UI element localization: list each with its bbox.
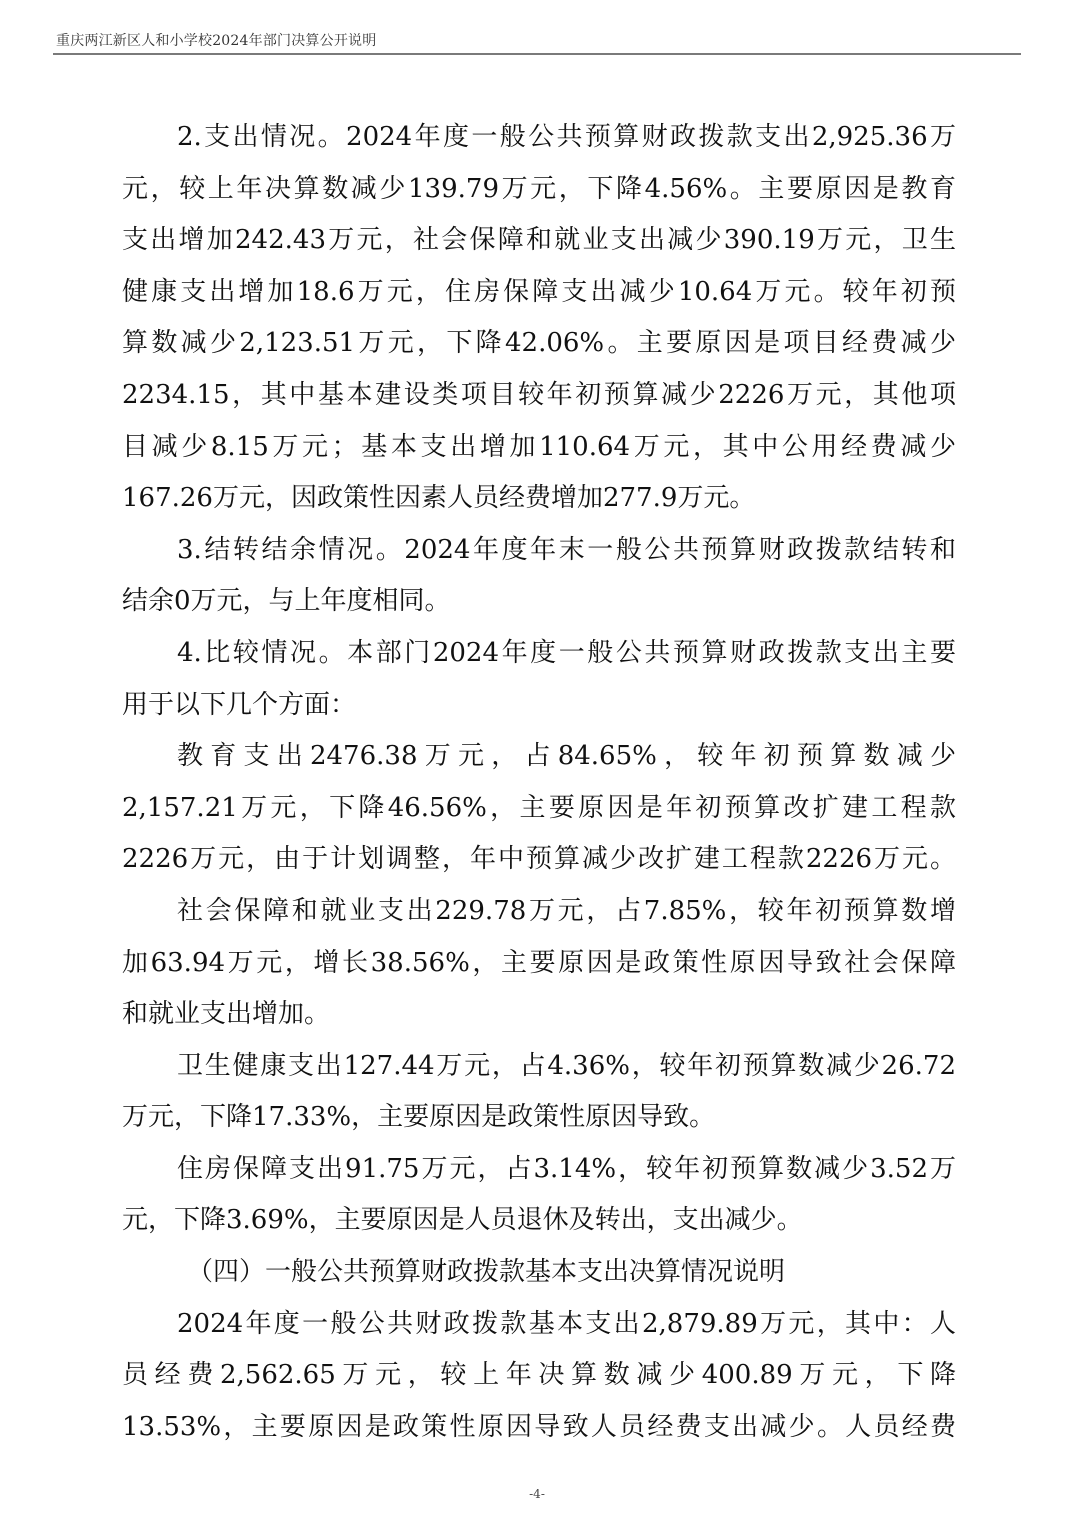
text-line: 教育支出2476.38万元，占84.65%，较年初预算数减少	[122, 735, 956, 787]
text-line: 支出增加242.43万元，社会保障和就业支出减少390.19万元，卫生	[122, 219, 956, 271]
running-header: 重庆两江新区人和小学校2024年部门决算公开说明	[56, 30, 376, 50]
body-text: 2.支出情况。2024年度一般公共预算财政拨款支出2,925.36万 元，较上年…	[122, 116, 956, 1457]
document-page: 重庆两江新区人和小学校2024年部门决算公开说明 2.支出情况。2024年度一般…	[0, 0, 1074, 1520]
paragraph-housing: 住房保障支出91.75万元，占3.14%，较年初预算数减少3.52万 元，下降3…	[122, 1148, 956, 1251]
text-line: 元，下降3.69%，主要原因是人员退休及转出，支出减少。	[122, 1199, 956, 1251]
paragraph-health: 卫生健康支出127.44万元，占4.36%，较年初预算数减少26.72 万元，下…	[122, 1045, 956, 1148]
text-line: 4.比较情况。本部门2024年度一般公共预算财政拨款支出主要	[122, 632, 956, 684]
text-line: 用于以下几个方面：	[122, 684, 956, 736]
paragraph-carryover: 3.结转结余情况。2024年度年末一般公共预算财政拨款结转和 结余0万元，与上年…	[122, 529, 956, 632]
text-line: 2,157.21万元，下降46.56%，主要原因是年初预算改扩建工程款	[122, 787, 956, 839]
text-line: 住房保障支出91.75万元，占3.14%，较年初预算数减少3.52万	[122, 1148, 956, 1200]
text-line: 2226万元，由于计划调整，年中预算减少改扩建工程款2226万元。	[122, 838, 956, 890]
text-line: 卫生健康支出127.44万元，占4.36%，较年初预算数减少26.72	[122, 1045, 956, 1097]
text-line: 元，较上年决算数减少139.79万元，下降4.56%。主要原因是教育	[122, 168, 956, 220]
text-line: 167.26万元，因政策性因素人员经费增加277.9万元。	[122, 477, 956, 529]
text-line: 加63.94万元，增长38.56%，主要原因是政策性原因导致社会保障	[122, 942, 956, 994]
text-line: 结余0万元，与上年度相同。	[122, 580, 956, 632]
text-line: 健康支出增加18.6万元，住房保障支出减少10.64万元。较年初预	[122, 271, 956, 323]
paragraph-basic-expenditure: 2024年度一般公共财政拨款基本支出2,879.89万元，其中：人 员经费2,5…	[122, 1303, 956, 1458]
text-line: 员经费2,562.65万元，较上年决算数减少400.89万元，下降	[122, 1354, 956, 1406]
text-line: 2.支出情况。2024年度一般公共预算财政拨款支出2,925.36万	[122, 116, 956, 168]
text-line: 目减少8.15万元；基本支出增加110.64万元，其中公用经费减少	[122, 426, 956, 478]
header-divider	[53, 53, 1021, 55]
text-line: 和就业支出增加。	[122, 993, 956, 1045]
text-line: 算数减少2,123.51万元，下降42.06%。主要原因是项目经费减少	[122, 322, 956, 374]
text-line: 2234.15，其中基本建设类项目较年初预算减少2226万元，其他项	[122, 374, 956, 426]
paragraph-education: 教育支出2476.38万元，占84.65%，较年初预算数减少 2,157.21万…	[122, 735, 956, 890]
page-number: -4-	[0, 1487, 1074, 1501]
section-heading: （四）一般公共预算财政拨款基本支出决算情况说明	[122, 1251, 956, 1303]
text-line: 3.结转结余情况。2024年度年末一般公共预算财政拨款结转和	[122, 529, 956, 581]
paragraph-social-security: 社会保障和就业支出229.78万元，占7.85%，较年初预算数增 加63.94万…	[122, 890, 956, 1045]
text-line: 社会保障和就业支出229.78万元，占7.85%，较年初预算数增	[122, 890, 956, 942]
paragraph-comparison: 4.比较情况。本部门2024年度一般公共预算财政拨款支出主要 用于以下几个方面：	[122, 632, 956, 735]
text-line: 2024年度一般公共财政拨款基本支出2,879.89万元，其中：人	[122, 1303, 956, 1355]
text-line: 13.53%，主要原因是政策性原因导致人员经费支出减少。人员经费	[122, 1406, 956, 1458]
paragraph-expenditure: 2.支出情况。2024年度一般公共预算财政拨款支出2,925.36万 元，较上年…	[122, 116, 956, 529]
text-line: 万元，下降17.33%，主要原因是政策性原因导致。	[122, 1096, 956, 1148]
